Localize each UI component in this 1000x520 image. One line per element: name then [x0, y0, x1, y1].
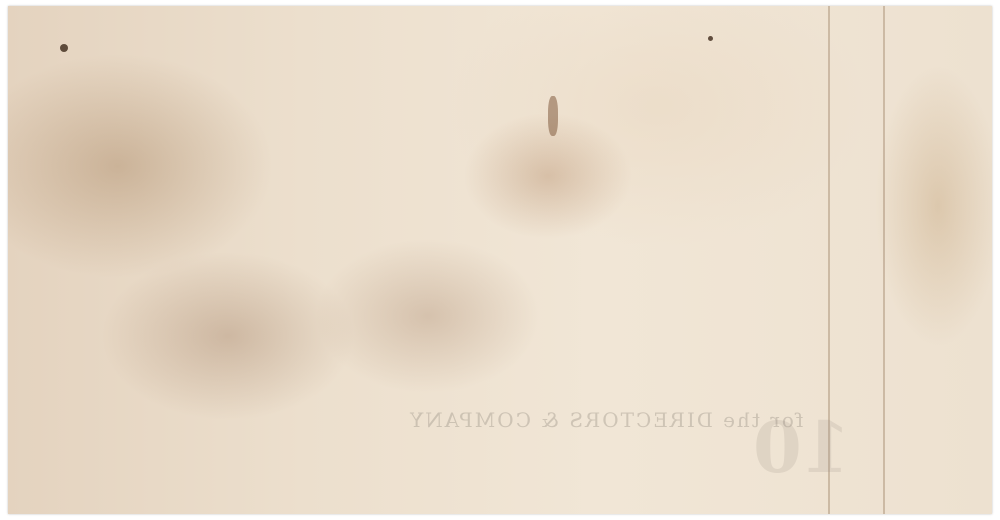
- banknote-back: for the DIRECTORS & COMPANY 10: [8, 6, 992, 514]
- stain-spot: [708, 36, 713, 41]
- stain-spot: [60, 44, 68, 52]
- bleed-through-numeral: 10: [753, 406, 850, 489]
- fold-line: [883, 6, 885, 514]
- bleed-through-text: for the DIRECTORS & COMPANY: [408, 408, 803, 432]
- stain-spot: [548, 96, 558, 136]
